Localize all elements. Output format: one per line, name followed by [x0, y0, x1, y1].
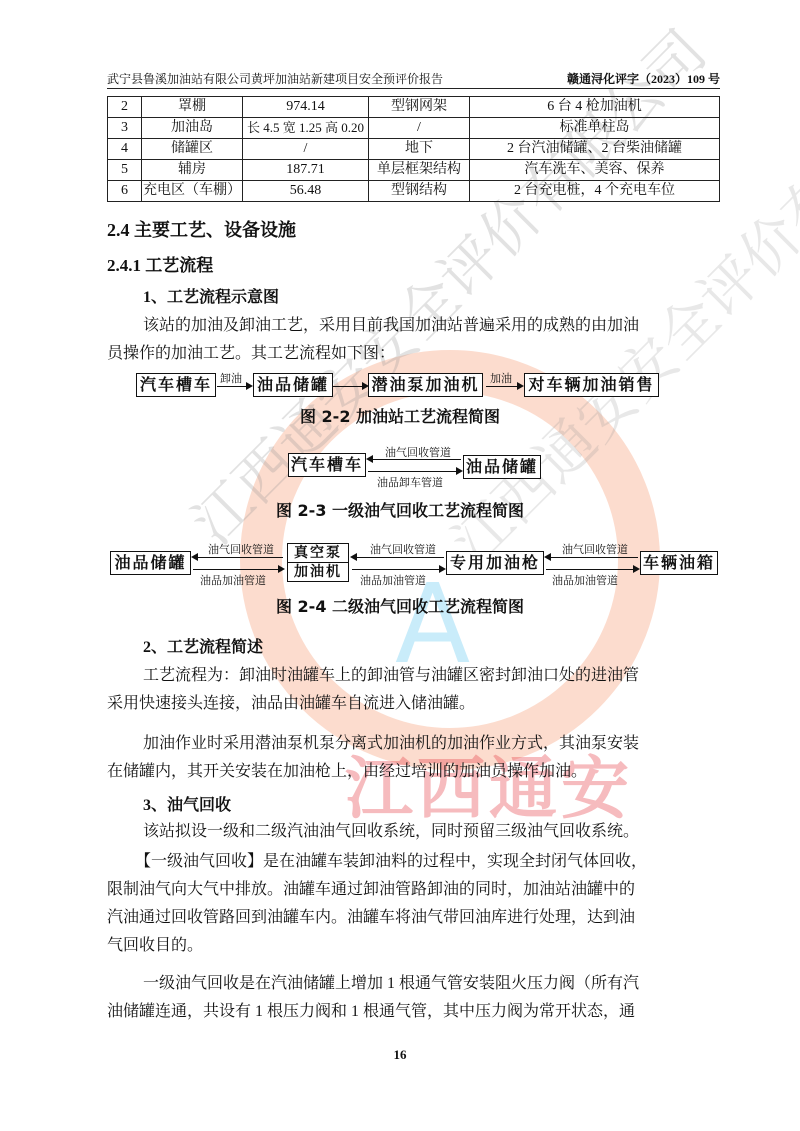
text-line: 【一级油气回收】是在油罐车装卸油料的过程中，实现全封闭气体回收， — [107, 848, 721, 876]
page-number: 16 — [0, 1047, 800, 1063]
flow-box: 对车辆加油销售 — [524, 373, 659, 397]
section-heading-2-4: 2.4 主要工艺、设备设施 — [107, 216, 296, 242]
arrow-right — [546, 569, 638, 570]
cell: 56.48 — [243, 181, 369, 202]
cell: 长 4.5 宽 1.25 高 0.20 — [243, 118, 369, 139]
cell: 5 — [108, 160, 142, 181]
text-line: 限制油气向大气中排放。油罐车通过卸油管路卸油的同时，加油站油罐中的 — [107, 876, 721, 904]
document-page: A 江西通安 江西通安安全评价有限公司 江西通安安全评价有限公司 武宁县鲁溪加油… — [0, 0, 800, 1131]
table-row: 2 罩棚 974.14 型钢网架 6 台 4 枪加油机 — [108, 97, 720, 118]
header-doc-number: 赣通浔化评字（2023）109 号 — [567, 70, 720, 87]
cell: 充电区（车棚） — [142, 181, 243, 202]
cell: 加油岛 — [142, 118, 243, 139]
cell: / — [243, 139, 369, 160]
arrow-label: 油气回收管道 — [385, 444, 451, 460]
cell: 2 台充电桩，4 个充电车位 — [470, 181, 720, 202]
arrow-label: 加油 — [490, 370, 512, 386]
arrow-right — [193, 569, 283, 570]
arrow-right — [333, 386, 367, 387]
paragraph-unloading: 工艺流程为：卸油时油罐车上的卸油管与油罐区密封卸油口处的进油管 采用快速接头连接… — [107, 662, 721, 718]
flow-box: 汽车槽车 — [136, 373, 216, 397]
paragraph-intro: 该站的加油及卸油工艺，采用目前我国加油站普遍采用的成熟的由加油 员操作的加油工艺… — [107, 312, 721, 368]
cell: 187.71 — [243, 160, 369, 181]
paragraph-vapor-overview: 该站拟设一级和二级汽油油气回收系统，同时预留三级油气回收系统。 — [107, 818, 721, 846]
paragraph-refueling: 加油作业时采用潜油泵机泵分离式加油机的加油作业方式，其油泵安装 在储罐内，其开关… — [107, 730, 721, 786]
figure-caption: 图 2-4 二级油气回收工艺流程简图 — [0, 594, 800, 617]
arrow-label: 油气回收管道 — [562, 541, 628, 557]
arrow-left — [193, 557, 283, 558]
table-row: 3 加油岛 长 4.5 宽 1.25 高 0.20 / 标准单柱岛 — [108, 118, 720, 139]
text-line: 汽油通过回收管路回到油罐车内。油罐车将油气带回油库进行处理，达到油 — [107, 904, 721, 932]
flow-box-bottom: 加油机 — [287, 562, 349, 582]
text-line: 采用快速接头连接，油品由油罐车自流进入储油罐。 — [107, 690, 721, 718]
text-line: 工艺流程为：卸油时油罐车上的卸油管与油罐区密封卸油口处的进油管 — [107, 662, 721, 690]
cell: 6 台 4 枪加油机 — [470, 97, 720, 118]
flow-box: 专用加油枪 — [446, 551, 544, 575]
flow-box: 车辆油箱 — [640, 551, 718, 575]
arrow-left — [546, 557, 638, 558]
arrow-label: 油品卸车管道 — [377, 474, 443, 490]
subheading-vapor-recovery: 3、油气回收 — [143, 792, 231, 815]
section-heading-2-4-1: 2.4.1 工艺流程 — [107, 251, 213, 276]
text-line: 一级油气回收是在汽油储罐上增加 1 根通气管安装阻火压力阀（所有汽 — [107, 970, 721, 998]
cell: 罩棚 — [142, 97, 243, 118]
cell: 974.14 — [243, 97, 369, 118]
cell: 2 — [108, 97, 142, 118]
paragraph-stage1-detail: 一级油气回收是在汽油储罐上增加 1 根通气管安装阻火压力阀（所有汽 油储罐连通，… — [107, 970, 721, 1026]
cell: 2 台汽油储罐、2 台柴油储罐 — [470, 139, 720, 160]
flow-box-top: 真空泵 — [287, 543, 349, 563]
text-line: 油储罐连通，共设有 1 根压力阀和 1 根通气管，其中压力阀为常开状态，通 — [107, 998, 721, 1026]
cell: 单层框架结构 — [369, 160, 470, 181]
table-row: 5 辅房 187.71 单层框架结构 汽车洗车、美容、保养 — [108, 160, 720, 181]
cell: 辅房 — [142, 160, 243, 181]
text-line: 该站拟设一级和二级汽油油气回收系统，同时预留三级油气回收系统。 — [107, 818, 721, 846]
arrow-label: 油气回收管道 — [208, 541, 274, 557]
cell: 型钢网架 — [369, 97, 470, 118]
arrow-label: 油品加油管道 — [552, 572, 618, 588]
text-line: 员操作的加油工艺。其工艺流程如下图： — [107, 340, 721, 368]
figure-caption: 图 2-2 加油站工艺流程简图 — [0, 404, 800, 427]
arrow-label: 油气回收管道 — [370, 541, 436, 557]
paragraph-stage1-recovery: 【一级油气回收】是在油罐车装卸油料的过程中，实现全封闭气体回收， 限制油气向大气… — [107, 848, 721, 960]
cell: 储罐区 — [142, 139, 243, 160]
flow-box: 油品储罐 — [253, 373, 333, 397]
facility-table: 2 罩棚 974.14 型钢网架 6 台 4 枪加油机 3 加油岛 长 4.5 … — [107, 96, 720, 202]
arrow-left — [352, 557, 444, 558]
text-line: 在储罐内，其开关安装在加油枪上，由经过培训的加油员操作加油。 — [107, 758, 721, 786]
arrow-label: 油品加油管道 — [200, 572, 266, 588]
table-row: 4 储罐区 / 地下 2 台汽油储罐、2 台柴油储罐 — [108, 139, 720, 160]
arrow-right — [486, 386, 522, 387]
subheading-flow-description: 2、工艺流程简述 — [143, 634, 263, 657]
arrow-right — [368, 471, 461, 472]
page-header: 武宁县鲁溪加油站有限公司黄坪加油站新建项目安全预评价报告 赣通浔化评字（2023… — [107, 70, 720, 88]
table-row: 6 充电区（车棚） 56.48 型钢结构 2 台充电桩，4 个充电车位 — [108, 181, 720, 202]
cell: 汽车洗车、美容、保养 — [470, 160, 720, 181]
text-line: 该站的加油及卸油工艺，采用目前我国加油站普遍采用的成熟的由加油 — [107, 312, 721, 340]
flow-box: 油品储罐 — [110, 551, 191, 575]
arrow-label: 卸油 — [220, 370, 242, 386]
header-title: 武宁县鲁溪加油站有限公司黄坪加油站新建项目安全预评价报告 — [107, 70, 443, 87]
cell: 地下 — [369, 139, 470, 160]
subheading-flow-diagram: 1、工艺流程示意图 — [143, 284, 279, 307]
header-rule — [107, 88, 720, 89]
cell: / — [369, 118, 470, 139]
cell: 6 — [108, 181, 142, 202]
cell: 标准单柱岛 — [470, 118, 720, 139]
arrow-right — [217, 386, 251, 387]
cell: 4 — [108, 139, 142, 160]
flow-box: 潜油泵加油机 — [368, 373, 483, 397]
text-line: 气回收目的。 — [107, 932, 721, 960]
flow-box: 油品储罐 — [463, 455, 541, 479]
text-line: 加油作业时采用潜油泵机泵分离式加油机的加油作业方式，其油泵安装 — [107, 730, 721, 758]
flow-box: 汽车槽车 — [288, 453, 366, 477]
arrow-label: 油品加油管道 — [360, 572, 426, 588]
arrow-right — [352, 569, 444, 570]
cell: 3 — [108, 118, 142, 139]
figure-caption: 图 2-3 一级油气回收工艺流程简图 — [0, 498, 800, 521]
cell: 型钢结构 — [369, 181, 470, 202]
